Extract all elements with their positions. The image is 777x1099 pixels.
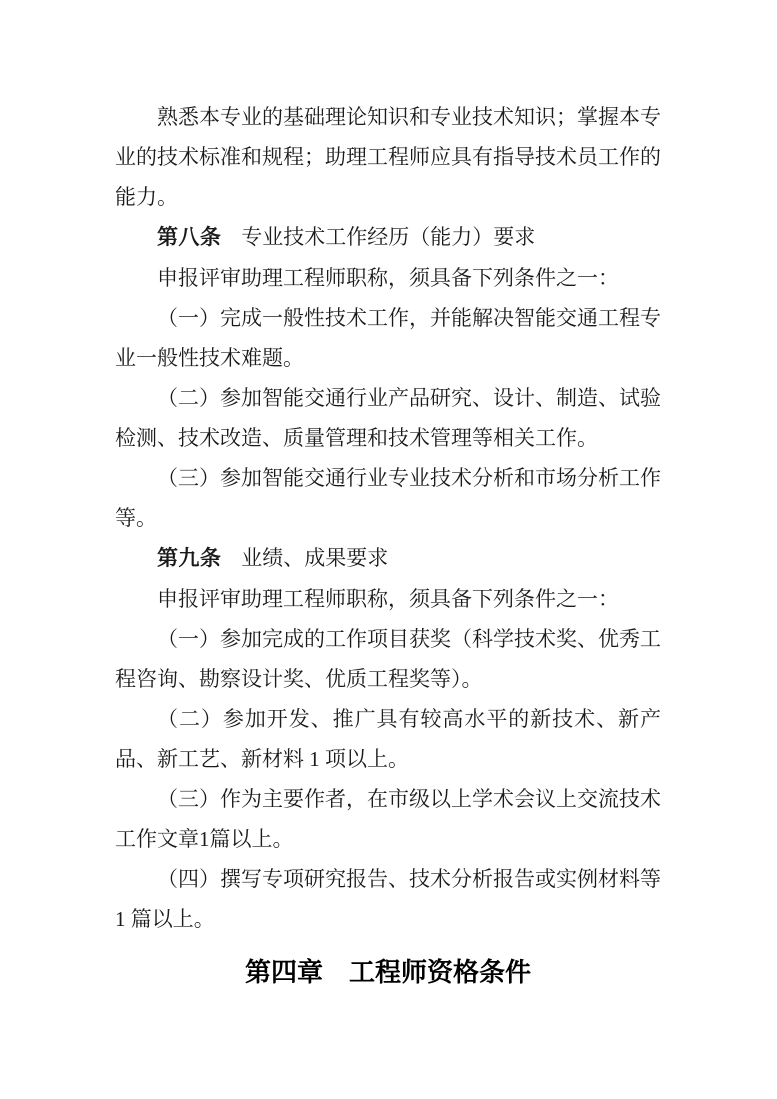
list-item-paragraph: （一）完成一般性技术工作，并能解决智能交通工程专业一般性技术难题。 (115, 298, 661, 378)
list-item-paragraph: （四）撰写专项研究报告、技术分析报告或实例材料等1 篇以上。 (115, 859, 661, 939)
article-title: 专业技术工作经历（能力）要求 (241, 225, 535, 249)
body-paragraph: 申报评审助理工程师职称，须具备下列条件之一： (115, 258, 661, 298)
article-heading-9: 第九条业绩、成果要求 (115, 538, 661, 579)
article-heading-8: 第八条专业技术工作经历（能力）要求 (115, 217, 661, 258)
body-paragraph: 熟悉本专业的基础理论知识和专业技术知识；掌握本专业的技术标准和规程；助理工程师应… (115, 97, 661, 217)
list-item-paragraph: （二）参加开发、推广具有较高水平的新技术、新产品、新工艺、新材料 1 项以上。 (115, 699, 661, 779)
body-paragraph: 申报评审助理工程师职称，须具备下列条件之一： (115, 579, 661, 619)
list-item-paragraph: （二）参加智能交通行业产品研究、设计、制造、试验检测、技术改造、质量管理和技术管… (115, 378, 661, 458)
list-item-paragraph: （一）参加完成的工作项目获奖（科学技术奖、优秀工程咨询、勘察设计奖、优质工程奖等… (115, 619, 661, 699)
list-item-paragraph: （三）作为主要作者，在市级以上学术会议上交流技术工作文章1篇以上。 (115, 779, 661, 859)
article-title: 业绩、成果要求 (241, 546, 388, 570)
list-item-paragraph: （三）参加智能交通行业专业技术分析和市场分析工作等。 (115, 458, 661, 538)
article-number: 第八条 (157, 226, 221, 249)
document-page: 熟悉本专业的基础理论知识和专业技术知识；掌握本专业的技术标准和规程；助理工程师应… (0, 0, 777, 1099)
article-number: 第九条 (157, 547, 221, 570)
chapter-heading: 第四章 工程师资格条件 (115, 953, 661, 993)
